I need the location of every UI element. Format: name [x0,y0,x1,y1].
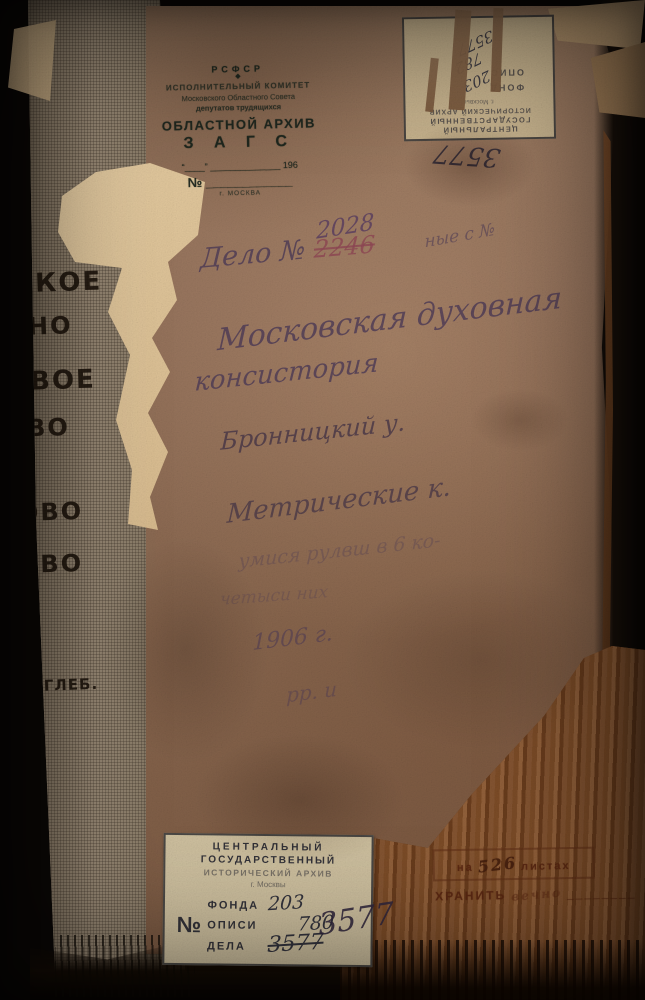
sheets-prefix: на [457,862,474,874]
spine-text-fragment: НО [28,311,73,341]
stamp-date-blank: “____” ______________ 196 [149,159,331,173]
sheets-line: на 526 листах [432,847,595,882]
delo-label: ДЕЛА [207,938,259,956]
spine-text-fragment: ЗВО [8,413,71,443]
label-org-line: ИСТОРИЧЕСКИЙ АРХИВ [169,867,367,879]
spine-text-fragment: ОГЛЕБ. [30,675,99,695]
spine-text-fragment: ОВО [18,497,84,527]
keep-label: ХРАНИТЬ [435,888,506,903]
handwritten-case-number-top: 3577 [431,138,502,172]
handwritten-fond-number: 203 [267,894,304,913]
stamp-line: З А Г С [148,132,330,154]
keep-blank: ________ [567,886,637,901]
wood-frayed-edge [330,940,645,1000]
label-org-line: ГОСУДАРСТВЕННЫЙ [169,854,367,867]
central-archive-label: ЦЕНТРАЛЬНЫЙ ГОСУДАРСТВЕННЫЙ ИСТОРИЧЕСКИЙ… [162,833,373,967]
archival-book-cover-photo: СКОЕ НО ОВОЕ ЗВО ОВО ЕВО ОГЛЕБ. РСФСР ◆ … [0,0,645,1000]
zags-archive-stamp: РСФСР ◆ ИСПОЛНИТЕЛЬНЫЙ КОМИТЕТ Московско… [147,62,332,199]
handwritten-sheet-count: 526 [477,853,518,877]
label-no-symbol: № [169,911,208,937]
label-delo-row: ДЕЛА 3577 [207,934,333,956]
label-org-line: ЦЕНТРАЛЬНЫЙ [169,841,367,854]
spine-text-fragment: ОВОЕ [6,364,97,397]
opis-label: ОПИСИ [207,917,259,935]
fond-label: ФОНДА [207,897,259,915]
handwritten-delo-number: 3577 [267,934,324,954]
sheets-word: листах [521,860,571,873]
stamp-line: ОБЛАСТНОЙ АРХИВ [148,115,330,134]
sheet-count-stamp: на 526 листах ХРАНИТЬ вечно ________ [432,847,595,920]
spine-text-fragment: ЕВО [22,549,84,579]
handwritten-keep-term: вечно [511,885,563,903]
spine-text-fragment: СКОЕ [14,266,103,299]
label-org-line: г. Москвы [169,879,367,890]
keep-line: ХРАНИТЬ вечно ________ [433,887,595,904]
upside-down-archive-label: ЦЕНТРАЛЬНЫЙ ГОСУДАРСТВЕННЫЙ ИСТОРИЧЕСКИЙ… [402,15,556,142]
